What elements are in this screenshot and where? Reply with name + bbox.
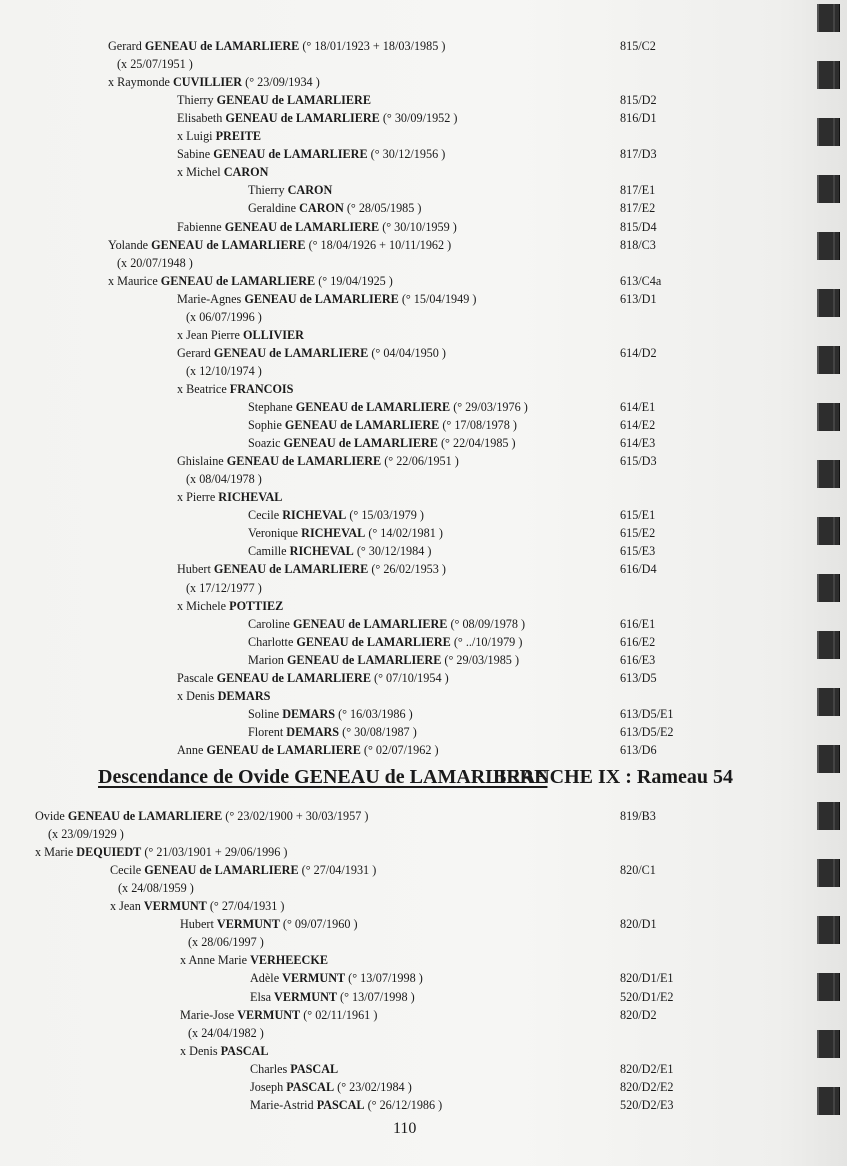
person-entry: Thierry CARON (248, 182, 332, 198)
given-name: Geraldine (248, 201, 299, 215)
page-number: 110 (393, 1120, 416, 1138)
dates: (° 07/10/1954 ) (374, 671, 449, 685)
reference-code: 815/D2 (620, 92, 657, 108)
dates: (° 04/04/1950 ) (371, 346, 446, 360)
dates: (x 12/10/1974 ) (186, 364, 262, 378)
dates: (° 30/12/1984 ) (357, 544, 432, 558)
reference-code: 820/D2/E1 (620, 1061, 674, 1077)
person-entry: x Denis DEMARS (177, 688, 270, 704)
surname: GENEAU de LAMARLIERE (145, 39, 299, 53)
person-entry: Stephane GENEAU de LAMARLIERE (° 29/03/1… (248, 399, 528, 415)
surname: CARON (299, 201, 344, 215)
reference-code: 615/D3 (620, 453, 657, 469)
person-entry: Thierry GENEAU de LAMARLIERE (177, 92, 371, 108)
reference-code: 520/D2/E3 (620, 1097, 674, 1113)
given-name: x Denis (180, 1044, 221, 1058)
person-entry: x Luigi PREITE (177, 128, 261, 144)
dates: (° 16/03/1986 ) (338, 707, 413, 721)
given-name: Cecile (248, 508, 282, 522)
person-entry: Charlotte GENEAU de LAMARLIERE (° ../10/… (248, 634, 522, 650)
given-name: Gerard (108, 39, 145, 53)
binding-hole (817, 745, 839, 773)
person-entry: x Michele POTTIEZ (177, 598, 283, 614)
binding-hole (817, 574, 839, 602)
person-entry: Fabienne GENEAU de LAMARLIERE (° 30/10/1… (177, 219, 457, 235)
binding-hole (817, 118, 839, 146)
person-entry: Gerard GENEAU de LAMARLIERE (° 18/01/192… (108, 38, 445, 54)
given-name: x Maurice (108, 274, 161, 288)
binding-hole (817, 859, 839, 887)
given-name: Joseph (250, 1080, 286, 1094)
dates: (x 28/06/1997 ) (188, 935, 264, 949)
given-name: Cecile (110, 863, 144, 877)
surname: RICHEVAL (282, 508, 346, 522)
dates: (x 24/04/1982 ) (188, 1026, 264, 1040)
person-entry: x Jean Pierre OLLIVIER (177, 327, 304, 343)
dates: (° 26/12/1986 ) (368, 1098, 443, 1112)
dates: (x 25/07/1951 ) (117, 57, 193, 71)
binding-hole (817, 916, 839, 944)
dates: (° 22/06/1951 ) (384, 454, 459, 468)
surname: VERMUNT (237, 1008, 300, 1022)
surname: GENEAU de LAMARLIERE (244, 292, 398, 306)
dates: (° 15/03/1979 ) (349, 508, 424, 522)
given-name: Soline (248, 707, 282, 721)
person-entry: x Denis PASCAL (180, 1043, 268, 1059)
dates: (° 27/04/1931 ) (210, 899, 285, 913)
surname: GENEAU de LAMARLIERE (214, 346, 368, 360)
dates: (° 23/02/1900 + 30/03/1957 ) (225, 809, 368, 823)
surname: GENEAU de LAMARLIERE (151, 238, 305, 252)
reference-code: 615/E2 (620, 525, 655, 541)
reference-code: 817/E2 (620, 200, 655, 216)
reference-code: 616/E2 (620, 634, 655, 650)
given-name: x Jean Pierre (177, 328, 243, 342)
surname: GENEAU de LAMARLIERE (296, 635, 450, 649)
surname: GENEAU de LAMARLIERE (296, 400, 450, 414)
reference-code: 616/D4 (620, 561, 657, 577)
person-entry: Florent DEMARS (° 30/08/1987 ) (248, 724, 417, 740)
binding-hole (817, 61, 839, 89)
given-name: x Michele (177, 599, 229, 613)
reference-code: 820/D2 (620, 1007, 657, 1023)
surname: GENEAU de LAMARLIERE (144, 863, 298, 877)
reference-code: 615/E1 (620, 507, 655, 523)
given-name: Veronique (248, 526, 301, 540)
dates: (° 30/08/1987 ) (342, 725, 417, 739)
dates: (° 28/05/1985 ) (347, 201, 422, 215)
person-entry: Joseph PASCAL (° 23/02/1984 ) (250, 1079, 412, 1095)
person-entry: Elsa VERMUNT (° 13/07/1998 ) (250, 989, 415, 1005)
surname: CARON (224, 165, 269, 179)
reference-code: 614/E2 (620, 417, 655, 433)
surname: GENEAU de LAMARLIERE (225, 220, 379, 234)
surname: GENEAU de LAMARLIERE (214, 562, 368, 576)
person-entry: (x 08/04/1978 ) (186, 471, 262, 487)
person-entry: Charles PASCAL (250, 1061, 338, 1077)
reference-code: 615/E3 (620, 543, 655, 559)
binding-hole (817, 460, 839, 488)
person-entry: (x 12/10/1974 ) (186, 363, 262, 379)
given-name: Elsa (250, 990, 274, 1004)
dates: (° 17/08/1978 ) (442, 418, 517, 432)
reference-code: 613/D5/E2 (620, 724, 674, 740)
surname: VERHEECKE (250, 953, 328, 967)
given-name: Hubert (180, 917, 217, 931)
surname: VERMUNT (274, 990, 337, 1004)
dates: (° 23/09/1934 ) (245, 75, 320, 89)
dates: (° 14/02/1981 ) (368, 526, 443, 540)
dates: (° 21/03/1901 + 29/06/1996 ) (144, 845, 287, 859)
person-entry: Marie-Agnes GENEAU de LAMARLIERE (° 15/0… (177, 291, 476, 307)
surname: GENEAU de LAMARLIERE (206, 743, 360, 757)
person-entry: Soazic GENEAU de LAMARLIERE (° 22/04/198… (248, 435, 516, 451)
given-name: Fabienne (177, 220, 225, 234)
surname: GENEAU de LAMARLIERE (285, 418, 439, 432)
given-name: Caroline (248, 617, 293, 631)
given-name: Gerard (177, 346, 214, 360)
surname: RICHEVAL (290, 544, 354, 558)
person-entry: Hubert GENEAU de LAMARLIERE (° 26/02/195… (177, 561, 446, 577)
surname: RICHEVAL (218, 490, 282, 504)
person-entry: Cecile GENEAU de LAMARLIERE (° 27/04/193… (110, 862, 376, 878)
reference-code: 815/C2 (620, 38, 656, 54)
person-entry: x Pierre RICHEVAL (177, 489, 282, 505)
section-heading: Descendance de Ovide GENEAU de LAMARLIER… (98, 764, 798, 790)
surname: GENEAU de LAMARLIERE (227, 454, 381, 468)
person-entry: x Michel CARON (177, 164, 268, 180)
surname: POTTIEZ (229, 599, 283, 613)
given-name: Adèle (250, 971, 282, 985)
dates: (° 15/04/1949 ) (402, 292, 477, 306)
person-entry: (x 20/07/1948 ) (117, 255, 193, 271)
given-name: Marie-Astrid (250, 1098, 317, 1112)
surname: PREITE (216, 129, 261, 143)
surname: GENEAU de LAMARLIERE (284, 436, 438, 450)
given-name: Marie-Jose (180, 1008, 237, 1022)
dates: (° 09/07/1960 ) (283, 917, 358, 931)
given-name: Ghislaine (177, 454, 227, 468)
given-name: Marie-Agnes (177, 292, 244, 306)
genealogy-page: Gerard GENEAU de LAMARLIERE (° 18/01/192… (0, 0, 847, 1166)
reference-code: 820/D1/E1 (620, 970, 674, 986)
given-name: Pascale (177, 671, 217, 685)
dates: (x 08/04/1978 ) (186, 472, 262, 486)
given-name: Camille (248, 544, 290, 558)
binding-hole (817, 403, 839, 431)
reference-code: 816/D1 (620, 110, 657, 126)
person-entry: (x 17/12/1977 ) (186, 580, 262, 596)
reference-code: 614/E3 (620, 435, 655, 451)
surname: PASCAL (317, 1098, 365, 1112)
person-entry: (x 28/06/1997 ) (188, 934, 264, 950)
surname: PASCAL (290, 1062, 338, 1076)
reference-code: 820/D2/E2 (620, 1079, 674, 1095)
person-entry: x Beatrice FRANCOIS (177, 381, 293, 397)
person-entry: Marion GENEAU de LAMARLIERE (° 29/03/198… (248, 652, 519, 668)
surname: VERMUNT (282, 971, 345, 985)
reference-code: 520/D1/E2 (620, 989, 674, 1005)
dates: (° 29/03/1976 ) (453, 400, 528, 414)
person-entry: Yolande GENEAU de LAMARLIERE (° 18/04/19… (108, 237, 451, 253)
given-name: x Raymonde (108, 75, 173, 89)
person-entry: Sophie GENEAU de LAMARLIERE (° 17/08/197… (248, 417, 517, 433)
person-entry: x Maurice GENEAU de LAMARLIERE (° 19/04/… (108, 273, 393, 289)
given-name: Thierry (177, 93, 217, 107)
binding-hole (817, 175, 839, 203)
given-name: Thierry (248, 183, 288, 197)
dates: (° 19/04/1925 ) (318, 274, 393, 288)
person-entry: Hubert VERMUNT (° 09/07/1960 ) (180, 916, 358, 932)
surname: GENEAU de LAMARLIERE (225, 111, 379, 125)
surname: GENEAU de LAMARLIERE (68, 809, 222, 823)
binding-hole (817, 688, 839, 716)
dates: (x 24/08/1959 ) (118, 881, 194, 895)
reference-code: 616/E1 (620, 616, 655, 632)
dates: (° 23/02/1984 ) (337, 1080, 412, 1094)
reference-code: 815/D4 (620, 219, 657, 235)
reference-code: 613/D6 (620, 742, 657, 758)
given-name: Sabine (177, 147, 213, 161)
given-name: x Beatrice (177, 382, 230, 396)
given-name: Marion (248, 653, 287, 667)
dates: (° 13/07/1998 ) (340, 990, 415, 1004)
given-name: Elisabeth (177, 111, 225, 125)
person-entry: Camille RICHEVAL (° 30/12/1984 ) (248, 543, 431, 559)
given-name: x Jean (110, 899, 144, 913)
given-name: Yolande (108, 238, 151, 252)
dates: (° 27/04/1931 ) (302, 863, 377, 877)
person-entry: (x 25/07/1951 ) (117, 56, 193, 72)
surname: GENEAU de LAMARLIERE (287, 653, 441, 667)
person-entry: (x 24/04/1982 ) (188, 1025, 264, 1041)
binding-hole (817, 631, 839, 659)
given-name: Florent (248, 725, 286, 739)
reference-code: 613/C4a (620, 273, 661, 289)
surname: RICHEVAL (301, 526, 365, 540)
reference-code: 613/D1 (620, 291, 657, 307)
dates: (° 30/09/1952 ) (383, 111, 458, 125)
surname: CARON (288, 183, 333, 197)
surname: GENEAU de LAMARLIERE (217, 93, 371, 107)
binding-hole (817, 802, 839, 830)
person-entry: Sabine GENEAU de LAMARLIERE (° 30/12/195… (177, 146, 445, 162)
person-entry: Veronique RICHEVAL (° 14/02/1981 ) (248, 525, 443, 541)
surname: DEQUIEDT (76, 845, 141, 859)
given-name: Hubert (177, 562, 214, 576)
dates: (° 13/07/1998 ) (348, 971, 423, 985)
branch-label: BRANCHE IX : Rameau 54 (493, 764, 733, 790)
binding-hole (817, 232, 839, 260)
reference-code: 817/D3 (620, 146, 657, 162)
person-entry: x Marie DEQUIEDT (° 21/03/1901 + 29/06/1… (35, 844, 287, 860)
dates: (° 29/03/1985 ) (444, 653, 519, 667)
given-name: Charles (250, 1062, 290, 1076)
surname: DEMARS (282, 707, 335, 721)
section-title: Descendance de Ovide GENEAU de LAMARLIER… (98, 766, 547, 788)
reference-code: 614/D2 (620, 345, 657, 361)
person-entry: Caroline GENEAU de LAMARLIERE (° 08/09/1… (248, 616, 525, 632)
reference-code: 614/E1 (620, 399, 655, 415)
dates: (° 08/09/1978 ) (450, 617, 525, 631)
binding-hole (817, 973, 839, 1001)
surname: DEMARS (286, 725, 339, 739)
surname: VERMUNT (144, 899, 207, 913)
surname: GENEAU de LAMARLIERE (293, 617, 447, 631)
dates: (° ../10/1979 ) (454, 635, 523, 649)
given-name: Ovide (35, 809, 68, 823)
surname: VERMUNT (217, 917, 280, 931)
given-name: x Anne Marie (180, 953, 250, 967)
given-name: Charlotte (248, 635, 296, 649)
person-entry: (x 06/07/1996 ) (186, 309, 262, 325)
reference-code: 819/B3 (620, 808, 656, 824)
dates: (° 18/01/1923 + 18/03/1985 ) (302, 39, 445, 53)
given-name: x Marie (35, 845, 76, 859)
person-entry: Marie-Jose VERMUNT (° 02/11/1961 ) (180, 1007, 377, 1023)
reference-code: 613/D5/E1 (620, 706, 674, 722)
person-entry: Adèle VERMUNT (° 13/07/1998 ) (250, 970, 423, 986)
dates: (° 22/04/1985 ) (441, 436, 516, 450)
binding-hole (817, 289, 839, 317)
given-name: x Pierre (177, 490, 218, 504)
surname: GENEAU de LAMARLIERE (217, 671, 371, 685)
given-name: Soazic (248, 436, 284, 450)
given-name: x Luigi (177, 129, 216, 143)
dates: (x 20/07/1948 ) (117, 256, 193, 270)
person-entry: Anne GENEAU de LAMARLIERE (° 02/07/1962 … (177, 742, 439, 758)
surname: GENEAU de LAMARLIERE (213, 147, 367, 161)
person-entry: Ghislaine GENEAU de LAMARLIERE (° 22/06/… (177, 453, 459, 469)
reference-code: 613/D5 (620, 670, 657, 686)
given-name: x Denis (177, 689, 218, 703)
surname: CUVILLIER (173, 75, 242, 89)
surname: FRANCOIS (230, 382, 294, 396)
person-entry: Ovide GENEAU de LAMARLIERE (° 23/02/1900… (35, 808, 368, 824)
surname: GENEAU de LAMARLIERE (161, 274, 315, 288)
dates: (° 26/02/1953 ) (371, 562, 446, 576)
dates: (x 17/12/1977 ) (186, 581, 262, 595)
reference-code: 820/C1 (620, 862, 656, 878)
reference-code: 820/D1 (620, 916, 657, 932)
person-entry: Soline DEMARS (° 16/03/1986 ) (248, 706, 413, 722)
given-name: x Michel (177, 165, 224, 179)
person-entry: Cecile RICHEVAL (° 15/03/1979 ) (248, 507, 424, 523)
person-entry: Gerard GENEAU de LAMARLIERE (° 04/04/195… (177, 345, 446, 361)
person-entry: Marie-Astrid PASCAL (° 26/12/1986 ) (250, 1097, 442, 1113)
given-name: Stephane (248, 400, 296, 414)
binding-hole (817, 517, 839, 545)
surname: DEMARS (218, 689, 271, 703)
person-entry: Pascale GENEAU de LAMARLIERE (° 07/10/19… (177, 670, 449, 686)
person-entry: (x 23/09/1929 ) (48, 826, 124, 842)
person-entry: Elisabeth GENEAU de LAMARLIERE (° 30/09/… (177, 110, 457, 126)
dates: (° 30/10/1959 ) (382, 220, 457, 234)
dates: (° 30/12/1956 ) (371, 147, 446, 161)
person-entry: (x 24/08/1959 ) (118, 880, 194, 896)
binding-hole (817, 1087, 839, 1115)
given-name: Sophie (248, 418, 285, 432)
given-name: Anne (177, 743, 206, 757)
dates: (x 23/09/1929 ) (48, 827, 124, 841)
person-entry: Geraldine CARON (° 28/05/1985 ) (248, 200, 421, 216)
person-entry: x Jean VERMUNT (° 27/04/1931 ) (110, 898, 284, 914)
surname: OLLIVIER (243, 328, 304, 342)
dates: (° 02/11/1961 ) (303, 1008, 377, 1022)
person-entry: x Raymonde CUVILLIER (° 23/09/1934 ) (108, 74, 320, 90)
dates: (x 06/07/1996 ) (186, 310, 262, 324)
reference-code: 616/E3 (620, 652, 655, 668)
dates: (° 18/04/1926 + 10/11/1962 ) (309, 238, 452, 252)
surname: PASCAL (286, 1080, 334, 1094)
surname: PASCAL (221, 1044, 269, 1058)
binding-hole (817, 1030, 839, 1058)
person-entry: x Anne Marie VERHEECKE (180, 952, 328, 968)
reference-code: 818/C3 (620, 237, 656, 253)
reference-code: 817/E1 (620, 182, 655, 198)
dates: (° 02/07/1962 ) (364, 743, 439, 757)
binding-hole (817, 4, 839, 32)
binding-hole (817, 346, 839, 374)
